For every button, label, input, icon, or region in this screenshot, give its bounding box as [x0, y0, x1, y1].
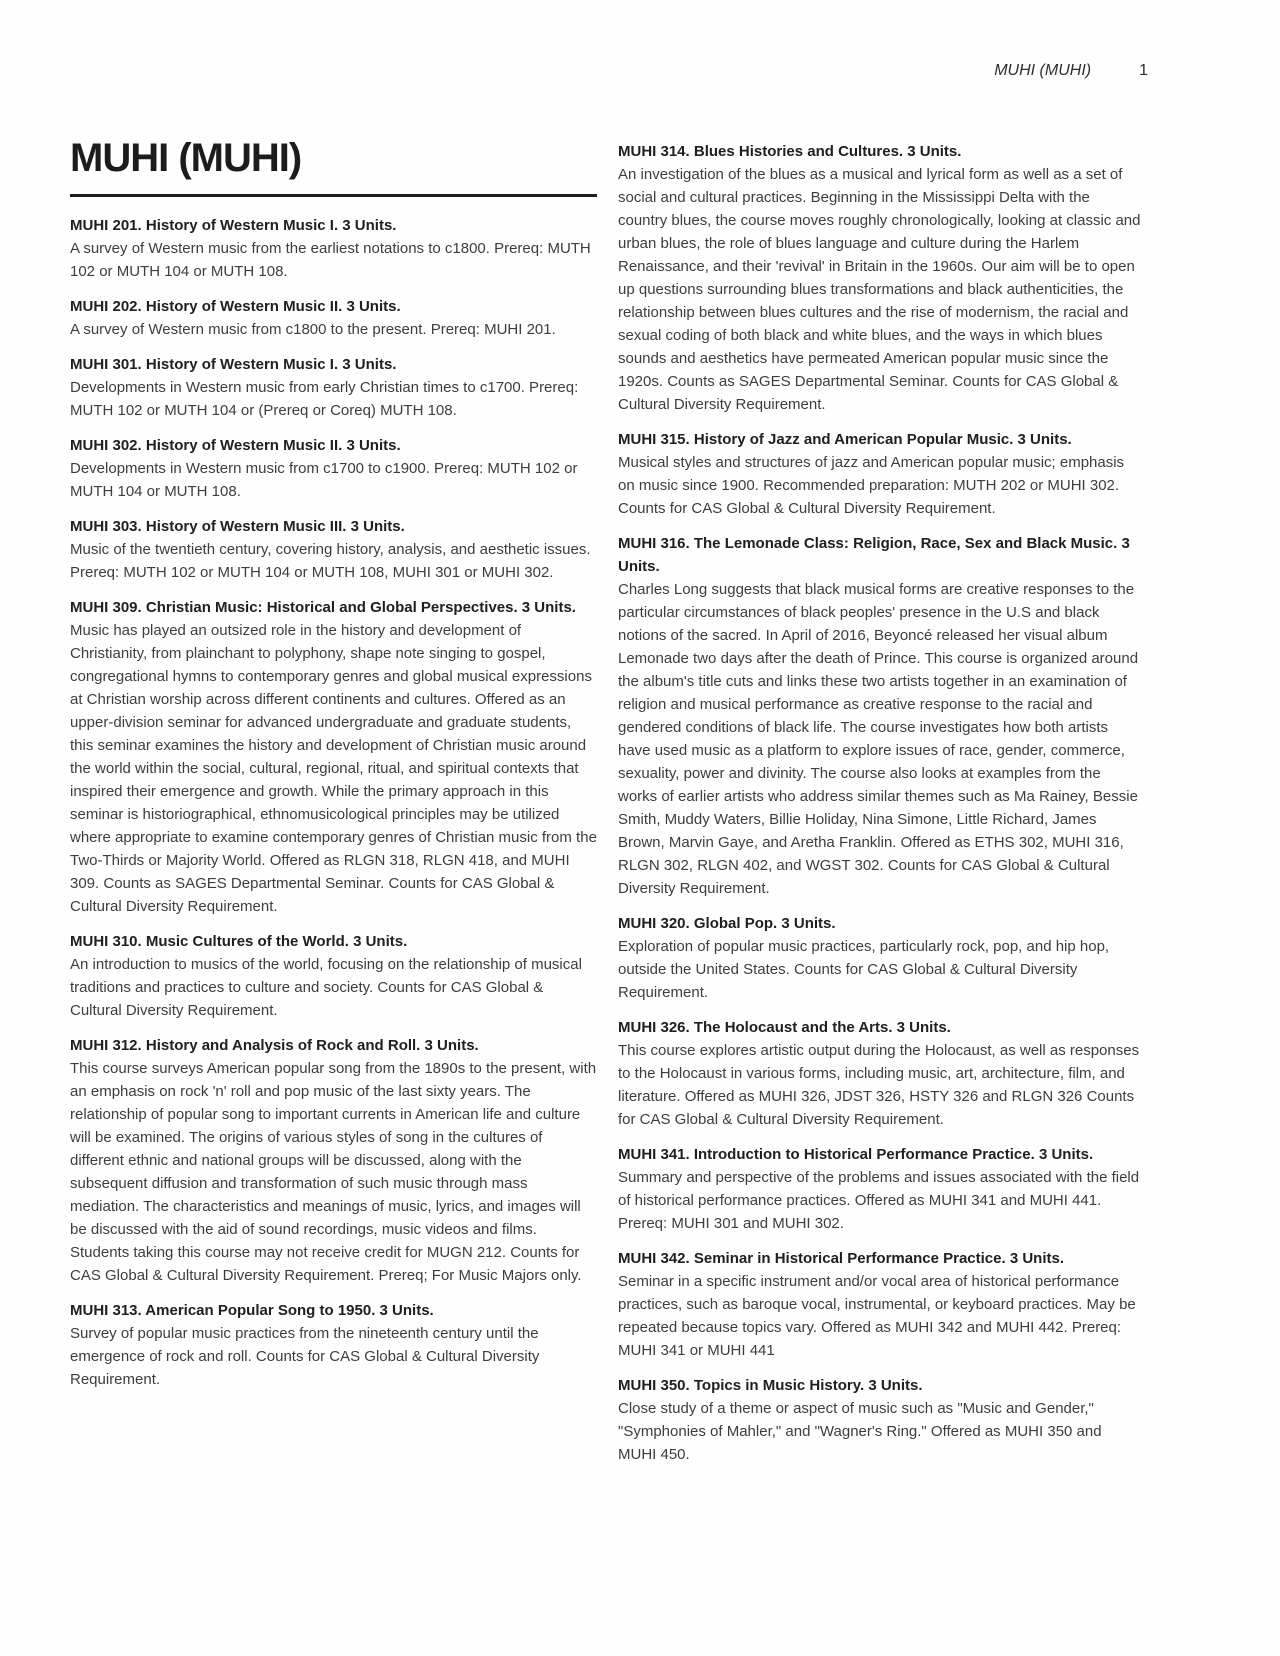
course-title: MUHI 201. History of Western Music I. 3 … — [70, 214, 597, 237]
left-column-sections: MUHI 201. History of Western Music I. 3 … — [70, 214, 597, 1391]
course-title: MUHI 315. History of Jazz and American P… — [618, 428, 1142, 451]
course-section: MUHI 303. History of Western Music III. … — [70, 515, 597, 584]
course-description: This course explores artistic output dur… — [618, 1039, 1142, 1131]
course-section: MUHI 315. History of Jazz and American P… — [618, 428, 1142, 520]
course-description: Music of the twentieth century, covering… — [70, 538, 597, 584]
course-section: MUHI 312. History and Analysis of Rock a… — [70, 1034, 597, 1287]
course-description: An investigation of the blues as a music… — [618, 163, 1142, 416]
course-description: A survey of Western music from c1800 to … — [70, 318, 597, 341]
course-title: MUHI 313. American Popular Song to 1950.… — [70, 1299, 597, 1322]
right-column: MUHI 314. Blues Histories and Cultures. … — [618, 140, 1142, 1466]
course-title: MUHI 341. Introduction to Historical Per… — [618, 1143, 1142, 1166]
course-title: MUHI 314. Blues Histories and Cultures. … — [618, 140, 1142, 163]
course-section: MUHI 350. Topics in Music History. 3 Uni… — [618, 1374, 1142, 1466]
course-section: MUHI 342. Seminar in Historical Performa… — [618, 1247, 1142, 1362]
course-description: Music has played an outsized role in the… — [70, 619, 597, 918]
left-column: MUHI (MUHI) MUHI 201. History of Western… — [70, 138, 597, 1391]
course-section: MUHI 201. History of Western Music I. 3 … — [70, 214, 597, 283]
course-title: MUHI 342. Seminar in Historical Performa… — [618, 1247, 1142, 1270]
course-description: Summary and perspective of the problems … — [618, 1166, 1142, 1235]
course-title: MUHI 302. History of Western Music II. 3… — [70, 434, 597, 457]
course-description: Developments in Western music from early… — [70, 376, 597, 422]
course-description: This course surveys American popular son… — [70, 1057, 597, 1287]
course-title: MUHI 202. History of Western Music II. 3… — [70, 295, 597, 318]
right-column-sections: MUHI 314. Blues Histories and Cultures. … — [618, 140, 1142, 1466]
course-section: MUHI 314. Blues Histories and Cultures. … — [618, 140, 1142, 416]
page-title: MUHI (MUHI) — [70, 138, 597, 197]
course-section: MUHI 202. History of Western Music II. 3… — [70, 295, 597, 341]
course-title: MUHI 312. History and Analysis of Rock a… — [70, 1034, 597, 1057]
course-title: MUHI 303. History of Western Music III. … — [70, 515, 597, 538]
running-head-title: MUHI (MUHI) — [994, 62, 1091, 80]
course-title: MUHI 326. The Holocaust and the Arts. 3 … — [618, 1016, 1142, 1039]
course-section: MUHI 341. Introduction to Historical Per… — [618, 1143, 1142, 1235]
course-title: MUHI 301. History of Western Music I. 3 … — [70, 353, 597, 376]
course-title: MUHI 350. Topics in Music History. 3 Uni… — [618, 1374, 1142, 1397]
course-title: MUHI 316. The Lemonade Class: Religion, … — [618, 532, 1142, 578]
course-section: MUHI 313. American Popular Song to 1950.… — [70, 1299, 597, 1391]
course-description: Exploration of popular music practices, … — [618, 935, 1142, 1004]
course-description: Charles Long suggests that black musical… — [618, 578, 1142, 900]
course-description: Survey of popular music practices from t… — [70, 1322, 597, 1391]
course-section: MUHI 316. The Lemonade Class: Religion, … — [618, 532, 1142, 900]
course-section: MUHI 302. History of Western Music II. 3… — [70, 434, 597, 503]
course-section: MUHI 310. Music Cultures of the World. 3… — [70, 930, 597, 1022]
course-title: MUHI 320. Global Pop. 3 Units. — [618, 912, 1142, 935]
running-head: MUHI (MUHI) 1 — [994, 62, 1148, 80]
course-description: Seminar in a specific instrument and/or … — [618, 1270, 1142, 1362]
course-section: MUHI 301. History of Western Music I. 3 … — [70, 353, 597, 422]
catalog-page: MUHI (MUHI) 1 MUHI (MUHI) MUHI 201. Hist… — [0, 0, 1280, 1656]
course-section: MUHI 320. Global Pop. 3 Units. Explorati… — [618, 912, 1142, 1004]
page-number: 1 — [1139, 62, 1148, 80]
course-description: Close study of a theme or aspect of musi… — [618, 1397, 1142, 1466]
course-description: Musical styles and structures of jazz an… — [618, 451, 1142, 520]
course-description: A survey of Western music from the earli… — [70, 237, 597, 283]
course-section: MUHI 309. Christian Music: Historical an… — [70, 596, 597, 918]
course-description: An introduction to musics of the world, … — [70, 953, 597, 1022]
course-description: Developments in Western music from c1700… — [70, 457, 597, 503]
course-section: MUHI 326. The Holocaust and the Arts. 3 … — [618, 1016, 1142, 1131]
course-title: MUHI 309. Christian Music: Historical an… — [70, 596, 597, 619]
course-title: MUHI 310. Music Cultures of the World. 3… — [70, 930, 597, 953]
